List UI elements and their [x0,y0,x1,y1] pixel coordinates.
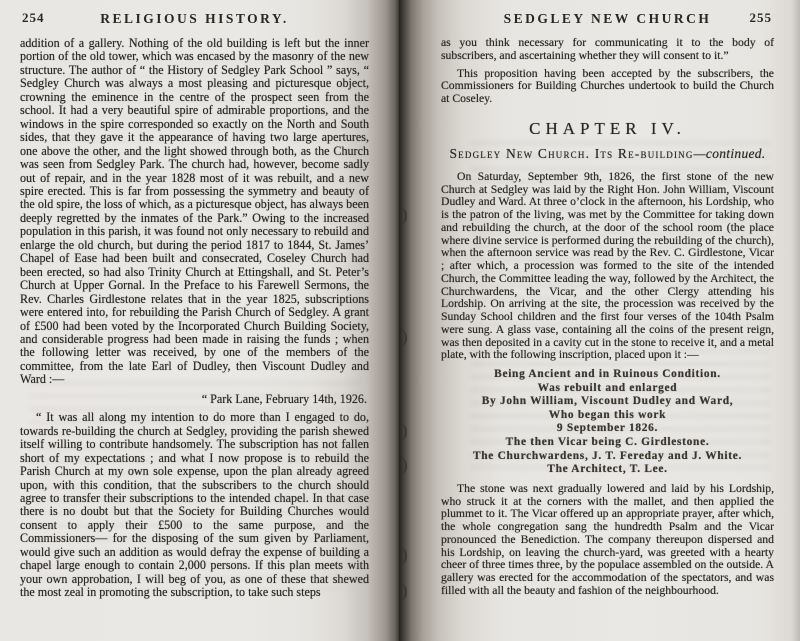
left-running-title: RELIGIOUS HISTORY. [20,11,369,27]
right-page-header: SEDGLEY NEW CHURCH 255 [441,10,774,28]
book-scan: 254 RELIGIOUS HISTORY. addition of a gal… [0,0,800,641]
inscription-line: 9 September 1826. [441,422,774,435]
left-page-body: addition of a gallery. Nothing of the ol… [20,37,369,600]
chapter-subheading: Sedgley New Church. Its Re-building—cont… [441,146,774,162]
chapter-subheading-text: Sedgley New Church. Its Re-building [449,146,693,161]
paragraph-proposition: This proposition having been accepted by… [441,68,774,106]
paragraph-letter-body: “ It was all along my intention to do mo… [20,411,369,599]
right-page-number: 255 [750,10,773,26]
right-page: SEDGLEY NEW CHURCH 255 as you think nece… [399,0,800,641]
inscription-line: Was rebuilt and enlarged [441,382,774,395]
paragraph-foundation-stone: On Saturday, September 9th, 1826, the fi… [441,171,774,362]
right-page-body: as you think necessary for communicating… [441,37,774,598]
letter-dateline: “ Park Lane, February 14th, 1926. [20,393,367,406]
paragraph-ceremony: The stone was next gradually lowered and… [441,483,774,598]
inscription-line: The Churchwardens, J. T. Fereday and J. … [441,450,774,463]
left-page-header: 254 RELIGIOUS HISTORY. [20,10,369,28]
right-running-title: SEDGLEY NEW CHURCH [441,11,774,27]
inscription-line: By John William, Viscount Dudley and War… [441,395,774,408]
inscription-line: The Architect, T. Lee. [441,463,774,476]
inscription-line: Being Ancient and in Ruinous Condition. [441,368,774,381]
chapter-subheading-continued: —continued. [694,146,766,161]
foundation-inscription: Being Ancient and in Ruinous Condition. … [441,368,774,476]
paragraph-subscribers: as you think necessary for communicating… [441,37,774,63]
paragraph-gallery-rebuilding: addition of a gallery. Nothing of the ol… [20,37,369,387]
left-page: 254 RELIGIOUS HISTORY. addition of a gal… [0,0,399,641]
inscription-line: The then Vicar being C. Girdlestone. [441,436,774,449]
chapter-heading: CHAPTER IV. [441,119,774,139]
inscription-line: Who began this work [441,409,774,422]
